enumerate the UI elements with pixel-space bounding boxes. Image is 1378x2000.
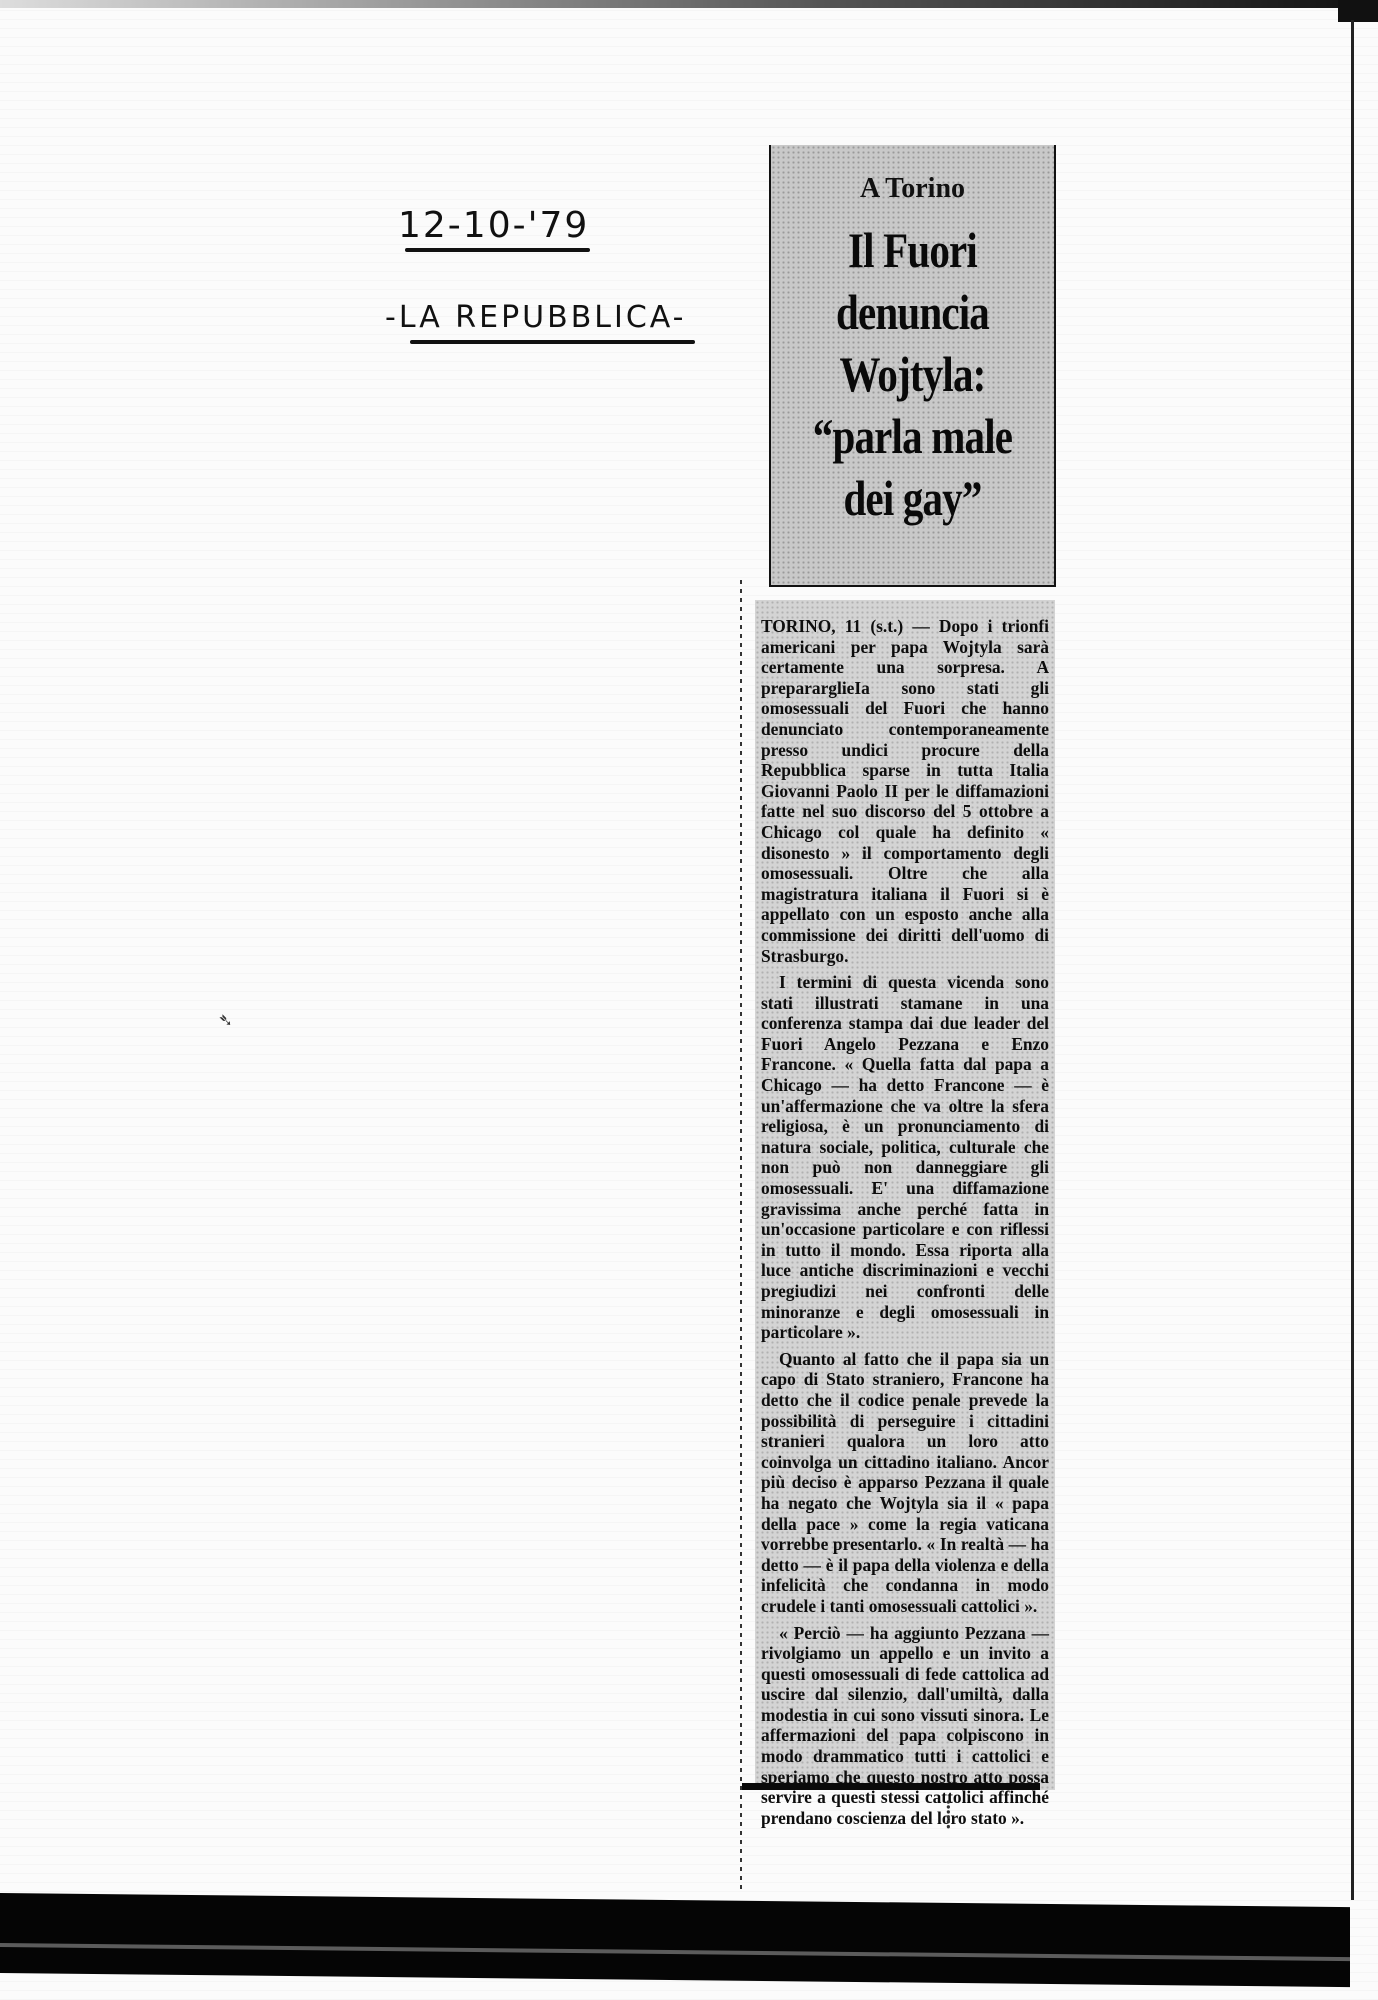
scan-top-edge — [0, 0, 1378, 8]
handwritten-date: 12-10-'79 — [398, 205, 589, 246]
date-underline — [405, 248, 590, 252]
newspaper-underline — [410, 340, 695, 344]
scan-bottom-shadow — [0, 1893, 1350, 1987]
clipping-cut-line — [740, 580, 742, 1890]
paragraph: Quanto al fatto che il papa sia un capo … — [761, 1349, 1049, 1617]
handwritten-newspaper-name: -LA REPUBBLICA- — [385, 300, 687, 335]
page-right-edge — [1351, 20, 1354, 1900]
paragraph: « Perciò — ha aggiunto Pezzana — rivolgi… — [761, 1623, 1049, 1829]
smudge-mark: ➴ — [218, 1010, 233, 1031]
kicker: A Torino — [771, 173, 1054, 205]
headline-box: A Torino Il Fuori denuncia Wojtyla: “par… — [769, 145, 1056, 587]
article-bottom-rule — [742, 1783, 1040, 1790]
scan-corner-shadow — [1338, 0, 1378, 22]
pen-mark: ⸽ — [945, 1795, 952, 1831]
scan-texture — [0, 0, 1378, 2000]
article-body: TORINO, 11 (s.t.) — Dopo i trionfi ameri… — [755, 600, 1055, 1790]
paragraph: I termini di questa vicenda sono stati i… — [761, 972, 1049, 1343]
headline: Il Fuori denuncia Wojtyla: “parla male d… — [796, 219, 1028, 529]
paragraph: TORINO, 11 (s.t.) — Dopo i trionfi ameri… — [761, 616, 1049, 966]
